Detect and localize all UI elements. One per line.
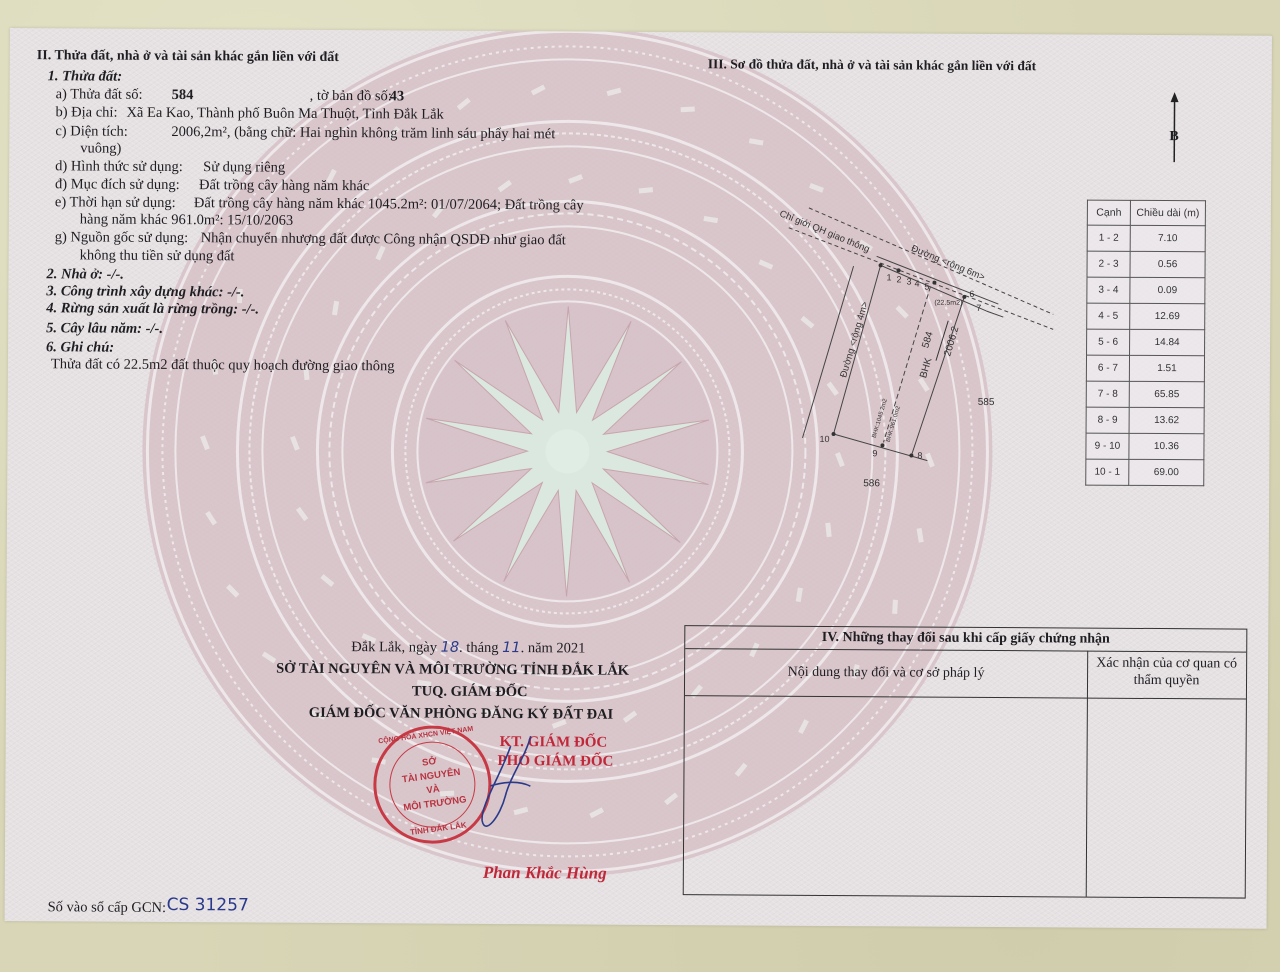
table-row: 7 - 865.85 (1086, 381, 1204, 408)
point-3-label: 3 (906, 276, 911, 286)
origin-value-cont: không thu tiền sử dụng đất (80, 246, 235, 265)
origin-label: g) Nguồn gốc sử dụng: (55, 228, 189, 247)
signing-month: 11 (502, 640, 521, 656)
point-2-label: 2 (896, 274, 901, 284)
use-form-value: Sử dụng riêng (203, 158, 285, 177)
edge-cell: 7 - 8 (1086, 381, 1129, 407)
area-label: c) Diện tích: (55, 122, 128, 140)
length-cell: 1.51 (1129, 355, 1204, 381)
authority-confirmation-header: Xác nhận của cơ quan có thẩm quyền (1087, 655, 1246, 690)
planning-area-label: (22.5m2) (934, 300, 962, 307)
table-row: 4 - 512.69 (1087, 303, 1205, 330)
edge-cell: 5 - 6 (1087, 329, 1130, 355)
address-label: b) Địa chỉ: (55, 103, 117, 121)
section-3-heading: III. Sơ đồ thửa đất, nhà ở và tài sản kh… (708, 55, 1036, 75)
signer-name: Phan Khắc Hùng (483, 864, 607, 883)
perennial-line: 5. Cây lâu năm: -/-. (46, 319, 163, 338)
use-purpose-value: Đất trồng cây hàng năm khác (199, 176, 369, 195)
house-line: 2. Nhà ở: -/-. (46, 265, 124, 283)
point-4-label: 4 (914, 279, 919, 289)
signing-place-date: Đắk Lắk, ngày 18. tháng 11. năm 2021 (351, 638, 585, 657)
origin-value: Nhận chuyển nhượng đất được Công nhận QS… (201, 229, 566, 249)
changes-table: IV. Những thay đổi sau khi cấp giấy chứn… (683, 625, 1248, 898)
length-header: Chiều dài (m) (1130, 200, 1205, 225)
parcel-heading: 1. Thửa đất: (48, 67, 122, 85)
notes-value: Thửa đất có 22.5m2 đất thuộc quy hoạch đ… (51, 355, 395, 375)
point-10-label: 10 (819, 434, 829, 444)
edge-cell: 4 - 5 (1087, 303, 1130, 329)
use-form-label: d) Hình thức sử dụng: (55, 157, 183, 176)
table-row: 5 - 614.84 (1087, 329, 1205, 356)
use-term-label: e) Thời hạn sử dụng: (55, 193, 176, 212)
authority-name: SỞ TÀI NGUYÊN VÀ MÔI TRƯỜNG TỈNH ĐẮK LẮK (276, 660, 629, 680)
point-7-label: 7 (976, 303, 981, 313)
road-6m-label: Đường <rộng 6m> (910, 243, 987, 283)
edge-header: Cạnh (1087, 200, 1130, 225)
length-cell: 0.09 (1130, 277, 1205, 303)
length-cell: 69.00 (1129, 459, 1204, 485)
map-sheet-label: , tờ bản đồ số: (310, 87, 392, 106)
length-cell: 12.69 (1130, 303, 1205, 329)
on-behalf-title: TUQ. GIÁM ĐỐC (412, 682, 528, 701)
neighbor-586-label: 586 (863, 478, 880, 489)
parcel-number-value: 584 (172, 86, 194, 104)
neighbor-585-label: 585 (978, 397, 995, 408)
length-cell: 65.85 (1129, 381, 1204, 407)
point-1-label: 1 (886, 272, 891, 282)
place-prefix: Đắk Lắk, ngày (351, 639, 437, 656)
length-cell: 7.10 (1130, 225, 1205, 251)
table-row: 1 - 27.10 (1087, 225, 1205, 252)
edge-cell: 1 - 2 (1087, 225, 1130, 251)
edge-cell: 3 - 4 (1087, 277, 1130, 303)
point-9-label: 9 (872, 448, 877, 458)
edge-cell: 8 - 9 (1086, 407, 1129, 433)
parcel-number-diagram: 584 (920, 330, 935, 350)
length-cell: 0.56 (1130, 251, 1205, 277)
edge-cell: 9 - 10 (1086, 433, 1129, 459)
parcel-diagram: Chỉ giới QH giao thông Đường <rộng 6m> Đ… (767, 198, 1089, 490)
length-cell: 13.62 (1129, 407, 1204, 433)
changes-content-header: Nội dung thay đổi và cơ sở pháp lý (685, 648, 1087, 697)
table-row: 10 - 169.00 (1086, 459, 1204, 486)
registry-value: CS 31257 (167, 896, 249, 915)
use-term-value-cont: hàng năm khác 961.0m²: 15/10/2063 (80, 210, 293, 229)
edge-cell: 10 - 1 (1086, 459, 1129, 485)
length-cell: 10.36 (1129, 433, 1204, 459)
land-use-certificate-page: II. Thửa đất, nhà ở và tài sản khác gắn … (5, 28, 1272, 929)
parcel-code-label: BHK (918, 356, 934, 379)
section-2-heading: II. Thửa đất, nhà ở và tài sản khác gắn … (37, 47, 339, 67)
signature-icon (470, 726, 551, 846)
point-8-label: 8 (917, 451, 922, 461)
registry-label: Số vào sổ cấp GCN: (48, 898, 167, 917)
map-sheet-value: 43 (390, 87, 405, 105)
use-purpose-label: đ) Mục đích sử dụng: (55, 175, 180, 194)
month-label: tháng (466, 640, 498, 656)
planning-boundary-label: Chỉ giới QH giao thông (778, 208, 871, 255)
edge-cell: 6 - 7 (1086, 355, 1129, 381)
table-row: 8 - 913.62 (1086, 407, 1204, 434)
office-title: GIÁM ĐỐC VĂN PHÒNG ĐĂNG KÝ ĐẤT ĐAI (309, 704, 613, 724)
point-5-label: 5 (924, 282, 929, 292)
table-row: 9 - 1010.36 (1086, 433, 1204, 460)
length-cell: 14.84 (1130, 329, 1205, 355)
north-label: B (1169, 128, 1178, 146)
edge-length-table: Cạnh Chiều dài (m) 1 - 27.102 - 30.563 -… (1085, 200, 1206, 487)
table-row: 3 - 40.09 (1087, 277, 1205, 304)
point-6-label: 6 (969, 289, 974, 299)
road-4m-label: Đường <rộng 4m> (838, 300, 871, 379)
edge-cell: 2 - 3 (1087, 251, 1130, 277)
year-label: năm 2021 (528, 640, 586, 656)
signing-day: 18 (441, 640, 460, 656)
area-value-cont: vuông) (80, 139, 121, 157)
table-row: 6 - 71.51 (1086, 355, 1204, 382)
address-value: Xã Ea Kao, Thành phố Buôn Ma Thuột, Tỉnh… (126, 104, 443, 124)
area-value: 2006,2m², (bằng chữ: Hai nghìn không tră… (171, 123, 555, 143)
notes-heading: 6. Ghi chú: (46, 338, 114, 356)
parcel-number-label: a) Thửa đất số: (56, 85, 143, 104)
table-row: 2 - 30.56 (1087, 251, 1205, 278)
forest-line: 4. Rừng sản xuất là rừng trồng: -/-. (46, 299, 259, 318)
sub-area-2-label: BHK:961.0m2 (886, 405, 902, 443)
